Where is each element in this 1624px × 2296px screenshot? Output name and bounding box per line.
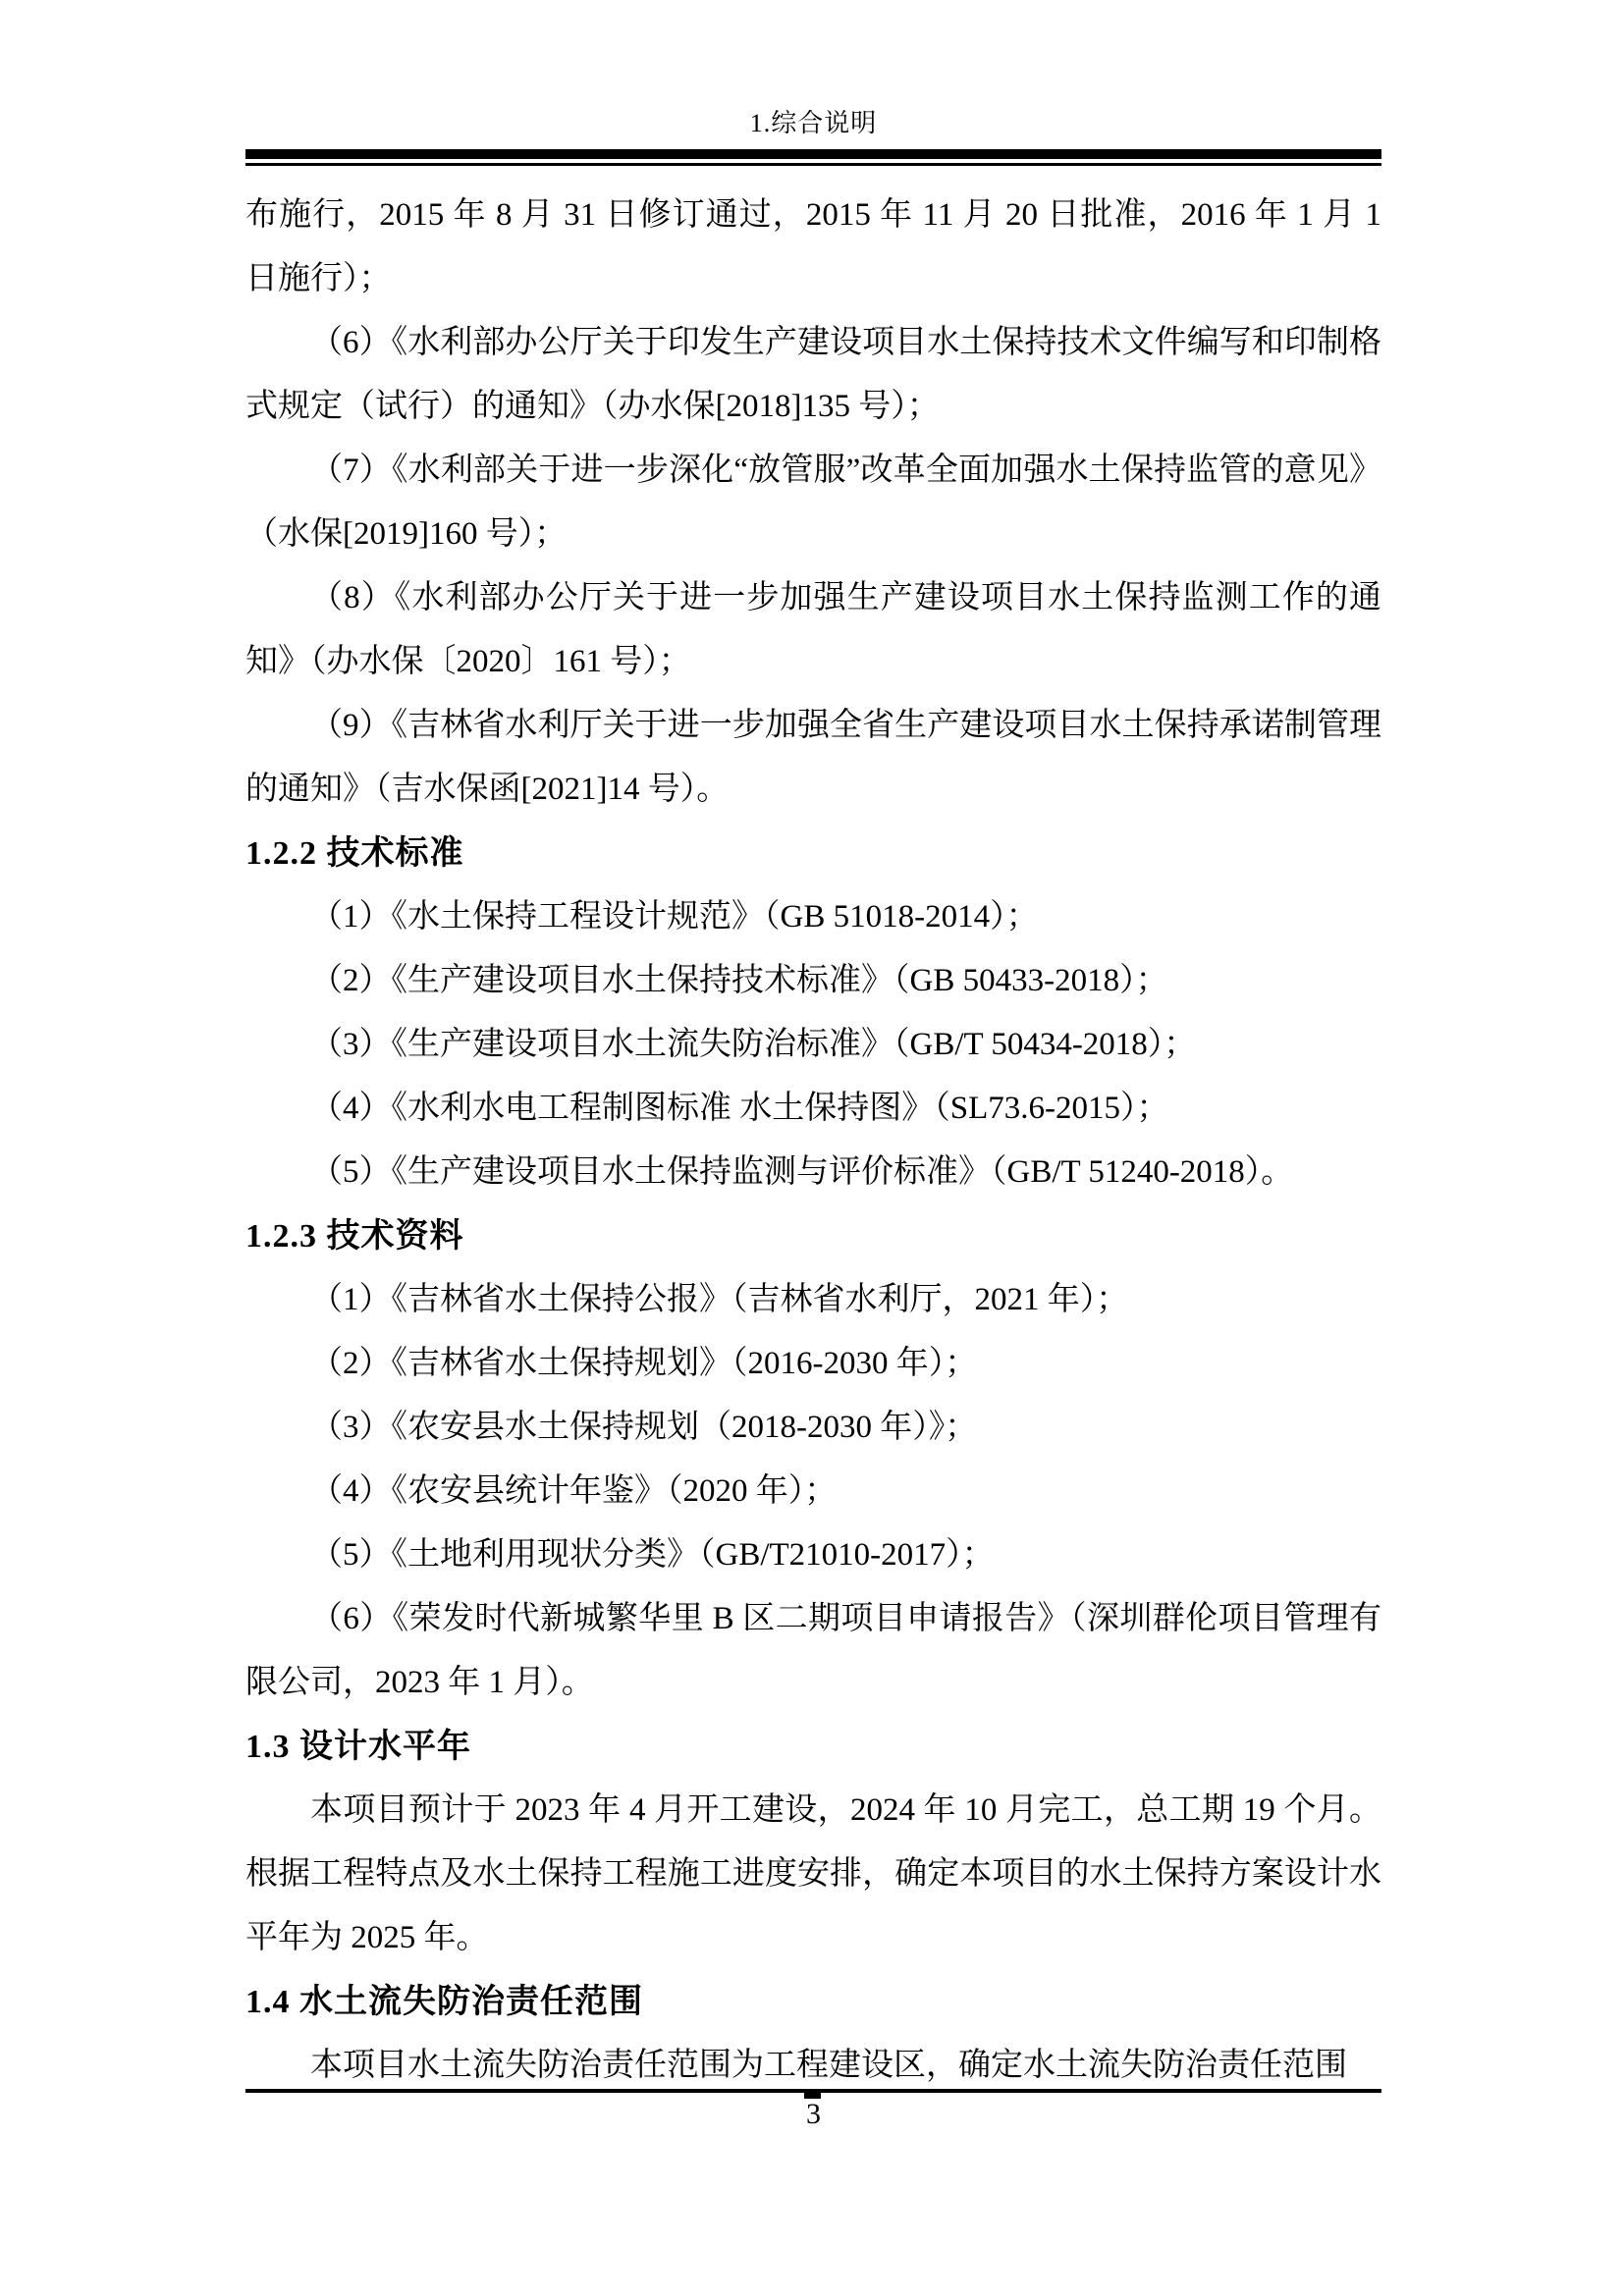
section-heading: 1.2.3 技术资料	[245, 1204, 1381, 1268]
section-heading: 1.3 设计水平年	[245, 1715, 1381, 1779]
body-paragraph: （4）《农安县统计年鉴》（2020 年）；	[245, 1460, 1381, 1523]
body-paragraph: （2）《生产建设项目水土保持技术标准》（GB 50433-2018）；	[245, 949, 1381, 1013]
document-page: 1.综合说明 布施行，2015 年 8 月 31 日修订通过，2015 年 11…	[0, 0, 1624, 2296]
body-paragraph: （6）《荣发时代新城繁华里 B 区二期项目申请报告》（深圳群伦项目管理有限公司，…	[245, 1587, 1381, 1715]
body-paragraph: （4）《水利水电工程制图标准 水土保持图》（SL73.6-2015）；	[245, 1077, 1381, 1141]
body-paragraph: （1）《吉林省水土保持公报》（吉林省水利厅，2021 年）；	[245, 1268, 1381, 1332]
header-rule	[245, 149, 1381, 166]
body-paragraph: （3）《生产建设项目水土流失防治标准》（GB/T 50434-2018）；	[245, 1013, 1381, 1077]
body-paragraph: （7）《水利部关于进一步深化“放管服”改革全面加强水土保持监管的意见》（水保[2…	[245, 439, 1381, 566]
body-paragraph: （8）《水利部办公厅关于进一步加强生产建设项目水土保持监测工作的通知》（办水保〔…	[245, 566, 1381, 694]
body-paragraph: （5）《土地利用现状分类》（GB/T21010-2017）；	[245, 1523, 1381, 1587]
page-number: 3	[245, 2097, 1381, 2132]
body-paragraph: 本项目预计于 2023 年 4 月开工建设，2024 年 10 月完工，总工期 …	[245, 1779, 1381, 1970]
document-body: 布施行，2015 年 8 月 31 日修订通过，2015 年 11 月 20 日…	[245, 184, 1381, 2098]
section-heading: 1.4 水土流失防治责任范围	[245, 1970, 1381, 2034]
body-paragraph: （3）《农安县水土保持规划（2018-2030 年）》；	[245, 1396, 1381, 1460]
page-header-title: 1.综合说明	[245, 108, 1381, 139]
section-heading: 1.2.2 技术标准	[245, 822, 1381, 885]
body-paragraph: （6）《水利部办公厅关于印发生产建设项目水土保持技术文件编写和印制格式规定（试行…	[245, 311, 1381, 439]
body-paragraph: 布施行，2015 年 8 月 31 日修订通过，2015 年 11 月 20 日…	[245, 184, 1381, 311]
body-paragraph: （9）《吉林省水利厅关于进一步加强全省生产建设项目水土保持承诺制管理的通知》（吉…	[245, 694, 1381, 822]
body-paragraph: （2）《吉林省水土保持规划》（2016-2030 年）；	[245, 1332, 1381, 1396]
body-paragraph: （1）《水土保持工程设计规范》（GB 51018-2014）；	[245, 885, 1381, 949]
body-paragraph: （5）《生产建设项目水土保持监测与评价标准》（GB/T 51240-2018）。	[245, 1141, 1381, 1204]
